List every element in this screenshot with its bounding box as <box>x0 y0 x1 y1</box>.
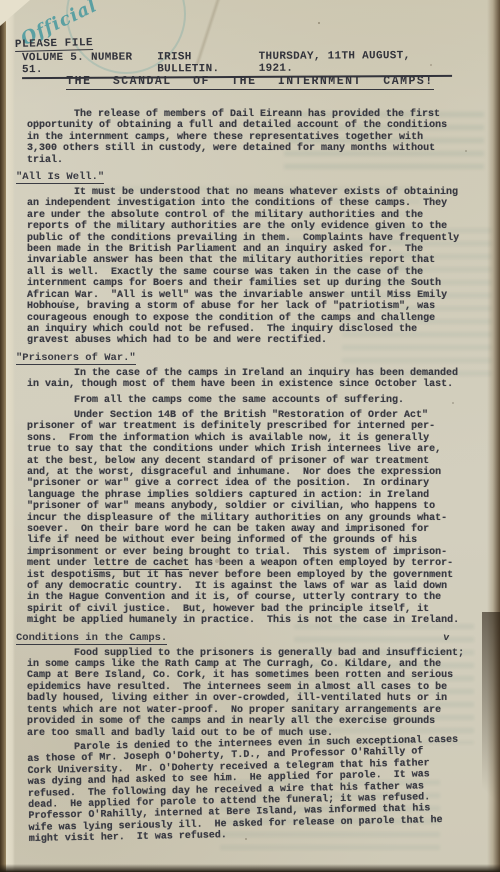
headline-text: THE SCANDAL OF THE INTERNMENT CAMPS! <box>66 75 433 90</box>
text-line: "prisoner or war" give a correct idea of… <box>27 478 461 489</box>
paragraph: It must be understood that no means what… <box>27 187 461 347</box>
text-line: true to say that the conditions under wh… <box>27 444 461 455</box>
section-heading: "Prisoners of War." <box>16 352 461 364</box>
text-line: in vain, though most of them have been i… <box>27 379 461 390</box>
text-line: public of the conditions prevailing in t… <box>27 233 461 244</box>
paragraph: Under Section 14B of the British "Restor… <box>27 410 461 627</box>
text-line: all is well. Exactly the same course was… <box>27 267 461 278</box>
paragraph: The release of members of Dail Eireann h… <box>27 109 461 166</box>
article-body: The release of members of Dail Eireann h… <box>27 105 461 846</box>
text-line: ist despotisms, but it has never before … <box>27 570 461 581</box>
text-line: African War. "All is well" was the invar… <box>27 290 461 301</box>
text-line: reports of the military authorities are … <box>27 221 461 232</box>
text-line: soever. On their bare word he can be tak… <box>27 524 461 535</box>
text-line: From all the camps come the same account… <box>27 395 461 406</box>
text-line: In the case of the camps in Ireland an i… <box>27 368 461 379</box>
page-edge-right-shadow <box>482 612 500 872</box>
text-line: The release of members of Dail Eireann h… <box>27 109 461 120</box>
page-edge-bottom <box>0 864 500 872</box>
text-line: courageous enough to expose the conditio… <box>27 313 461 324</box>
text-line: in some camps like the Rath Camp at The … <box>27 659 461 670</box>
text-line: epidemics have resulted. The internees s… <box>27 682 461 693</box>
paragraph: In the case of the camps in Ireland an i… <box>27 368 461 391</box>
text-line: invariable answer has been that the mili… <box>27 255 461 266</box>
text-line: prisoner of war treatment is definitely … <box>27 421 461 432</box>
text-line: badly housed, living either in over-crow… <box>27 693 461 704</box>
text-line: imprisonment or ever being brought to tr… <box>27 547 461 558</box>
text-line: and, at the worst, disgraceful and inhum… <box>27 467 461 478</box>
text-line: 3,300 others still in custody, were deta… <box>27 143 461 154</box>
text-line: in the internment camps, where these rep… <box>27 132 461 143</box>
text-line: It must be understood that no means what… <box>27 187 461 198</box>
text-line: Under Section 14B of the British "Restor… <box>27 410 461 421</box>
scanned-document-page: Official PLEASE FILE VOLUME 5. NUMBER 51… <box>0 0 500 872</box>
text-line: Food supplied to the prisoners is genera… <box>27 648 461 659</box>
text-line: incur the displeasure of the military au… <box>27 513 461 524</box>
text-line: an inquiry which could not be refused. T… <box>27 324 461 335</box>
text-line: opportunity of obtaining a full and deta… <box>27 120 461 131</box>
text-line: an independent investigation into the co… <box>27 198 461 209</box>
text-line: sons. From the information which is avai… <box>27 433 461 444</box>
text-line: language the phrase implies soldiers cap… <box>27 490 461 501</box>
folded-corner <box>0 0 30 26</box>
text-line: been made in the British Parliament and … <box>27 244 461 255</box>
please-file-note: PLEASE FILE <box>15 37 93 52</box>
text-line: of any democratic country. It is against… <box>27 581 461 592</box>
text-line: in the Hague Convention and it is, of co… <box>27 592 461 603</box>
section-heading: Conditions in the Camps. <box>16 632 461 644</box>
text-line: internment camps for Boers and their fam… <box>27 278 461 289</box>
page-edge-left <box>0 0 6 872</box>
text-line: trial. <box>27 155 461 166</box>
text-line: "prisoner of war" means anybody, soldier… <box>27 501 461 512</box>
paragraph: Food supplied to the prisoners is genera… <box>27 648 461 739</box>
text-line: tents which are not water-proof. No prop… <box>27 705 461 716</box>
text-line: ment under lettre de cachet has been a w… <box>27 558 461 569</box>
paragraph: Parole is denied to the internees even i… <box>27 735 463 846</box>
page-edge-left-light <box>6 0 15 872</box>
text-line: are under the absolute control of the mi… <box>27 210 461 221</box>
text-line: provided in some of the camps and in nea… <box>27 716 461 727</box>
paragraph: From all the camps come the same account… <box>27 395 461 406</box>
article-headline: THE SCANDAL OF THE INTERNMENT CAMPS! <box>0 71 500 90</box>
text-line: spirit of civil justice. But, however ba… <box>27 604 461 615</box>
text-line: Hobhouse, braving a storm of abuse for h… <box>27 301 461 312</box>
section-heading: "All Is Well." <box>16 171 461 183</box>
text-line: might be applied humanely in practice. T… <box>27 615 461 626</box>
text-line: life if need be without ever being infor… <box>27 535 461 546</box>
text-line: at the best, below any decent standard o… <box>27 456 461 467</box>
text-line: gravest abuses which had to be and were … <box>27 335 461 346</box>
text-line: Camp at Bere Island, Co. Cork, it has so… <box>27 670 461 681</box>
